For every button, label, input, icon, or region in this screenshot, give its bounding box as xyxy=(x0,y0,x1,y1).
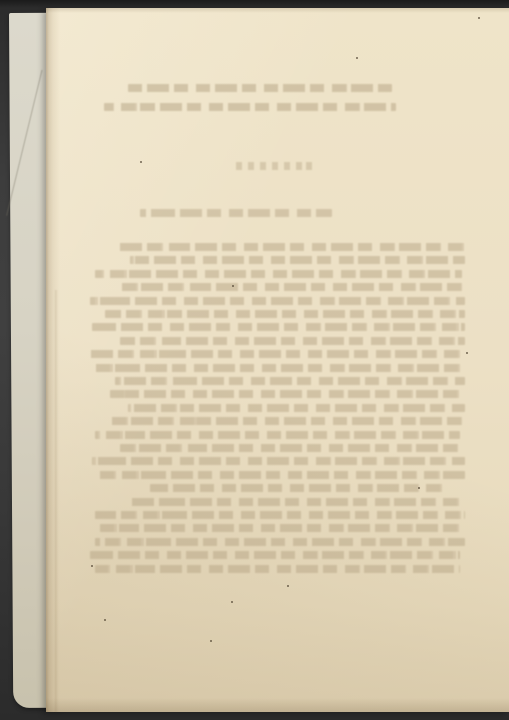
page-left-crease-secondary xyxy=(55,290,58,712)
page-top-edge-shade xyxy=(46,8,509,13)
paper-crease-scratch xyxy=(6,70,42,216)
document-page xyxy=(46,8,509,712)
scanner-backdrop xyxy=(0,0,509,720)
page-bottom-edge-shade xyxy=(46,698,509,712)
